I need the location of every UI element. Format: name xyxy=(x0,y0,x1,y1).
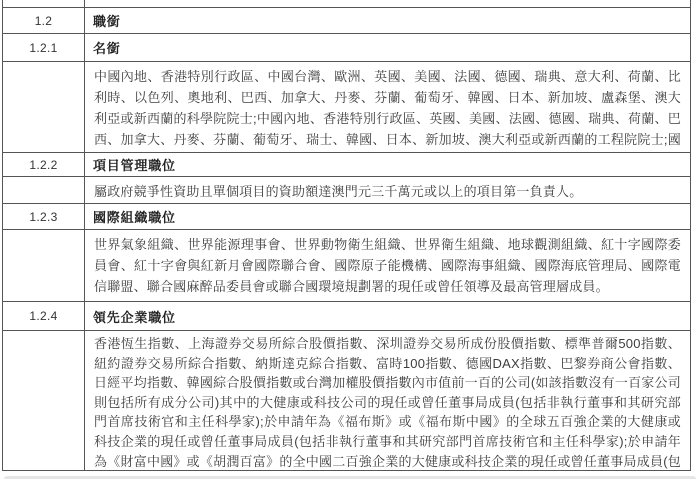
section-number: 1.2.3 xyxy=(3,204,85,229)
table-row-content-1-2-2: 屬政府競爭性資助且單個項目的資助額達澳門元三千萬元或以上的項目第一負責人。 xyxy=(3,176,690,203)
section-content: 香港恆生指數、上海證券交易所綜合股價指數、深圳證券交易所成份股價指數、標準普爾5… xyxy=(85,331,690,470)
number-cell-empty xyxy=(3,331,85,470)
section-number: 1.2.1 xyxy=(3,34,85,61)
section-title: 項目管理職位 xyxy=(85,153,690,176)
number-cell-empty xyxy=(3,62,85,152)
section-title: 國際組織職位 xyxy=(85,204,690,229)
section-content: 中國內地、香港特別行政區、中國台灣、歐洲、英國、美國、法國、德國、瑞典、意大利、… xyxy=(85,62,690,152)
criteria-table: 1.2 職銜 1.2.1 名銜 中國內地、香港特別行政區、中國台灣、歐洲、英國、… xyxy=(2,0,691,471)
number-cell-empty xyxy=(3,230,85,301)
section-content: 屬政府競爭性資助且單個項目的資助額達澳門元三千萬元或以上的項目第一負責人。 xyxy=(85,177,690,203)
section-number: 1.2 xyxy=(3,8,85,33)
table-row-section-1-2-4: 1.2.4 領先企業職位 xyxy=(3,301,690,330)
section-title: 名銜 xyxy=(85,34,690,61)
table-row-section-1-2-1: 1.2.1 名銜 xyxy=(3,33,690,61)
table-row-content-1-2-3: 世界氣象組織、世界能源理事會、世界動物衛生組織、世界衛生組織、地球觀測組織、紅十… xyxy=(3,229,690,301)
table-row-section-1-2-2: 1.2.2 項目管理職位 xyxy=(3,152,690,176)
table-row-section-1-2-3: 1.2.3 國際組織職位 xyxy=(3,203,690,229)
section-number: 1.2.2 xyxy=(3,153,85,176)
table-row-section-1-2: 1.2 職銜 xyxy=(3,7,690,33)
number-cell-empty xyxy=(3,177,85,203)
number-cell-empty xyxy=(3,0,85,7)
section-title: 職銜 xyxy=(85,8,690,33)
table-row-content-1-2-4: 香港恆生指數、上海證券交易所綜合股價指數、深圳證券交易所成份股價指數、標準普爾5… xyxy=(3,330,690,470)
section-content: 世界氣象組織、世界能源理事會、世界動物衛生組織、世界衛生組織、地球觀測組織、紅十… xyxy=(85,230,690,301)
table-row-content-1-2-1: 中國內地、香港特別行政區、中國台灣、歐洲、英國、美國、法國、德國、瑞典、意大利、… xyxy=(3,61,690,152)
section-title: 領先企業職位 xyxy=(85,302,690,330)
table-row-partial-top xyxy=(3,0,690,7)
section-number: 1.2.4 xyxy=(3,302,85,330)
content-cell-empty xyxy=(85,0,690,7)
